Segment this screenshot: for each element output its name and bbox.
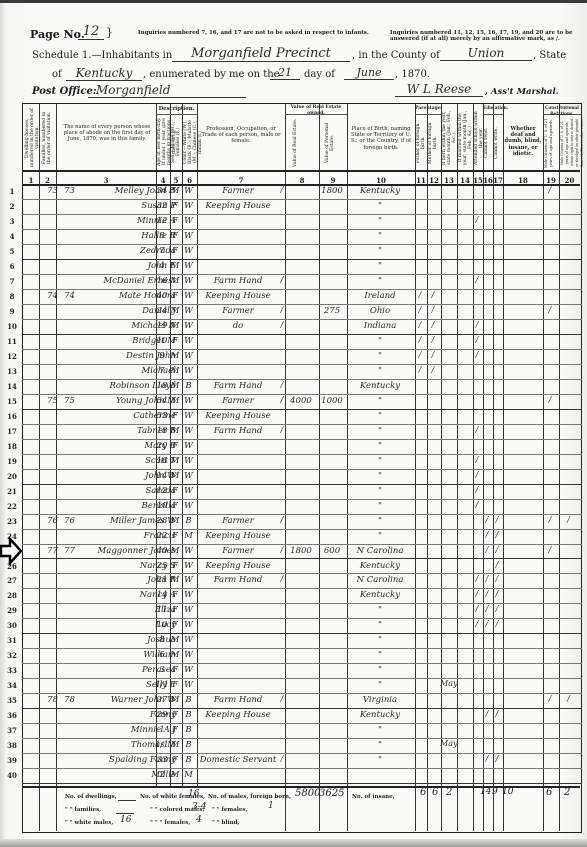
cell-m15: / — [472, 619, 482, 628]
cell-color: B — [181, 380, 196, 393]
table-row: 257777Maggonner James40MWFarmer/1800600N… — [0, 545, 587, 560]
cell-sex: M — [169, 425, 181, 438]
cell-color: W — [181, 305, 196, 318]
cell-birthplace: Ireland — [346, 290, 414, 303]
colored-males-value: 3-4 — [192, 802, 207, 812]
parentage-group-header: Parentage. — [415, 106, 441, 112]
cell-m16: / — [482, 709, 492, 718]
table-row: 5Zedrada7FW" — [0, 245, 587, 260]
line-number: 7 — [4, 277, 20, 286]
marshal-signature: W L Reese — [395, 82, 483, 97]
cell-age: 27 — [155, 694, 169, 707]
line-number: 8 — [4, 292, 20, 301]
cell-color: B — [181, 694, 196, 707]
cell-m11: / — [414, 290, 426, 299]
cell-occupation: Keeping House — [198, 560, 278, 573]
cell-sex: F — [169, 619, 181, 632]
line-number: 9 — [4, 307, 20, 316]
cell-m13: May — [440, 679, 456, 688]
cell-color: W — [181, 335, 196, 348]
line-number: 39 — [4, 756, 20, 765]
line-number: 27 — [4, 576, 20, 585]
table-row: 4Hallie R8FW" — [0, 230, 587, 245]
cell-m17: / — [492, 515, 502, 524]
cell-color: W — [181, 619, 196, 632]
cell-m16: / — [482, 545, 492, 554]
cell-birthplace: " — [346, 530, 414, 543]
cell-family: 77 — [61, 545, 78, 558]
enumeration-day: 21 — [270, 66, 300, 80]
col6-header: Color.—White (W.), Black (B.), Mulatto (… — [183, 116, 196, 168]
table-row: 19Scott T16MW"/ — [0, 455, 587, 470]
cell-occ-mark: / — [278, 380, 286, 389]
col14-header: If married within the year, state month … — [458, 108, 472, 168]
cell-sex: M — [169, 185, 181, 198]
schedule-label: Schedule 1.—Inhabitants in — [32, 50, 172, 61]
cell-age: 29 — [155, 709, 169, 722]
cell-color: W — [181, 604, 196, 617]
cell-color: B — [181, 709, 196, 722]
cell-m12: / — [426, 305, 440, 314]
line-number: 34 — [4, 681, 20, 690]
cell-age: 12 — [155, 485, 169, 498]
col3-header: The name of every person whose place of … — [61, 124, 153, 143]
cell-m19: / — [542, 185, 558, 194]
cell-birthplace: " — [346, 410, 414, 423]
line-number: 11 — [4, 337, 20, 346]
cell-age: 10 — [155, 500, 169, 513]
colnum-14: 14 — [457, 176, 473, 185]
line-number: 36 — [4, 711, 20, 720]
cell-age: 32 — [155, 200, 169, 213]
cell-sex: F — [169, 664, 181, 677]
table-row: 11Bridget M10FW"/// — [0, 335, 587, 350]
cell-sex: F — [169, 485, 181, 498]
blind-label: " " blind, — [212, 820, 239, 826]
dwellings-field — [118, 800, 136, 801]
table-row: 22Benzilla10FW"/ — [0, 500, 587, 515]
cell-sex: M — [169, 739, 181, 752]
state-label: , State — [533, 50, 566, 61]
cell-age: 1 — [155, 724, 169, 737]
cell-color: W — [181, 260, 196, 273]
cell-m15: / — [472, 320, 482, 329]
cell-m16: / — [482, 530, 492, 539]
table-row: 87474Mate Honora40FWKeeping HouseIreland… — [0, 290, 587, 305]
table-row: 27John R21MWFarm Hand/N Carolina/// — [0, 574, 587, 589]
cell-sex: M — [169, 380, 181, 393]
personal-estate-total: 3625 — [319, 788, 344, 799]
cell-sex: F — [169, 709, 181, 722]
col12-header: Mother of foreign birth. — [428, 118, 440, 168]
cell-m11: / — [414, 350, 426, 359]
cell-family: 76 — [61, 515, 78, 528]
cell-m17: / — [492, 574, 502, 583]
cell-color: W — [181, 410, 196, 423]
brace-mark: } — [106, 26, 113, 39]
colnum-15: 15 — [473, 176, 483, 185]
line-number: 29 — [4, 606, 20, 615]
cell-m15: / — [472, 485, 482, 494]
table-row: 17Tabner B18MWFarm Hand/"/ — [0, 425, 587, 440]
education-group-header: Education. — [483, 105, 503, 111]
cell-age: 3 — [155, 664, 169, 677]
cell-personal-estate: 1000 — [318, 395, 346, 408]
table-row: 28Nancy A14FWKentucky/// — [0, 589, 587, 604]
line-number: 16 — [4, 412, 20, 421]
line-number: 38 — [4, 741, 20, 750]
cell-sex: F — [169, 440, 181, 453]
colnum-8: 8 — [285, 176, 319, 185]
cell-birthplace: " — [346, 634, 414, 647]
cell-color: W — [181, 365, 196, 378]
cell-occ-mark: / — [278, 185, 286, 194]
col10-header: Place of Birth, naming State or Territor… — [349, 126, 413, 151]
col4-header: Age at last birth-day. If under 1 year, … — [157, 116, 169, 168]
cell-sex: F — [169, 410, 181, 423]
scan-bottom-edge — [0, 839, 587, 847]
cell-age: 28 — [155, 515, 169, 528]
table-row: 13Michael7MW"// — [0, 365, 587, 380]
cell-sex: M — [169, 320, 181, 333]
cell-sex: F — [169, 215, 181, 228]
enumerated-label: , enumerated by me on the — [143, 69, 280, 80]
colored-females-label: " " " females, — [150, 820, 190, 826]
cell-sex: M — [169, 275, 181, 288]
col19-header: Male Citizens of U. S. of 21 years of ag… — [544, 118, 558, 168]
total-col12: 6 — [432, 787, 438, 798]
cell-occupation: Farmer — [198, 185, 278, 198]
cell-age: 40 — [155, 545, 169, 558]
cell-m15: / — [472, 500, 482, 509]
col9-header: Value of Personal Estate. — [325, 118, 341, 168]
cell-age: 1/12 — [155, 679, 169, 692]
cell-color: W — [181, 485, 196, 498]
cell-m15: / — [472, 604, 482, 613]
table-row: 32William6MW" — [0, 649, 587, 664]
cell-sex: M — [169, 455, 181, 468]
total-col15: 14 — [480, 787, 491, 797]
line-number: 35 — [4, 696, 20, 705]
cell-occ-mark: / — [278, 754, 286, 763]
cell-birthplace: " — [346, 604, 414, 617]
cell-m19: / — [542, 305, 558, 314]
colnum-3: 3 — [56, 176, 156, 185]
white-males-value: 16 — [120, 815, 131, 825]
cell-color: W — [181, 560, 196, 573]
state-name: Kentucky — [66, 66, 142, 81]
insane-label: No. of insane, — [352, 794, 395, 800]
cell-sex: F — [169, 679, 181, 692]
cell-age: 24 — [155, 305, 169, 318]
cell-m15: / — [472, 425, 482, 434]
table-row: 7McDaniel Ernest16MWFarm Hand/"/ — [0, 275, 587, 290]
cell-color: W — [181, 230, 196, 243]
table-row: 14Robinson Lloyd18MBFarm Hand/Kentucky — [0, 380, 587, 395]
line-number: 17 — [4, 427, 20, 436]
value-group-header: Value of Real Estate owned. — [285, 105, 347, 117]
cell-m12: / — [426, 350, 440, 359]
cell-birthplace: " — [346, 215, 414, 228]
cell-birthplace: " — [346, 350, 414, 363]
colnum-6: 6 — [182, 176, 197, 185]
foreign-females-value: 1 — [268, 801, 274, 811]
cell-sex: F — [169, 530, 181, 543]
cell-m16: / — [482, 515, 492, 524]
cell-occ-mark: / — [278, 515, 286, 524]
cell-color: W — [181, 574, 196, 587]
table-row: 10Michael N19MWdo/Indiana/// — [0, 320, 587, 335]
cell-color: W — [181, 290, 196, 303]
row-rule — [22, 783, 582, 784]
real-estate-total: 5800 — [295, 788, 320, 799]
line-number: 13 — [4, 367, 20, 376]
cell-age: 7 — [155, 245, 169, 258]
table-row: 36Fanny29FBKeeping HouseKentucky// — [0, 709, 587, 724]
cell-color: W — [181, 320, 196, 333]
families-field — [116, 813, 134, 814]
cell-color: M — [181, 530, 196, 543]
table-row: 9Daniel J24MWFarmer/275Ohio/// — [0, 305, 587, 320]
line-number: 18 — [4, 442, 20, 451]
cell-birthplace: " — [346, 425, 414, 438]
cell-age: 4 — [155, 260, 169, 273]
cell-color: W — [181, 440, 196, 453]
table-row: 34Selly E1/12FW"May — [0, 679, 587, 694]
table-row: 30Lucy10FW"/// — [0, 619, 587, 634]
cell-m15: / — [472, 275, 482, 284]
col8-header: Value of Real Estate. — [293, 118, 311, 168]
line-number: 22 — [4, 502, 20, 511]
page-number-label: Page No. — [30, 28, 85, 41]
cell-color: W — [181, 649, 196, 662]
cell-dwelling: 75 — [44, 395, 61, 408]
cell-color: W — [181, 200, 196, 213]
cell-age: 14 — [155, 470, 169, 483]
census-page: Page No. 12 } Inquiries numbered 7, 16, … — [0, 0, 587, 847]
cell-family: 74 — [61, 290, 78, 303]
cell-occupation: Keeping House — [198, 530, 278, 543]
cell-age: 20 — [155, 440, 169, 453]
col17-header: Cannot write. — [494, 118, 502, 168]
cell-birthplace: " — [346, 679, 414, 692]
cell-occupation: Domestic Servant — [198, 754, 278, 767]
col20-header: Male Citizens of U. S. of 21 years of ag… — [560, 118, 578, 168]
cell-occ-mark: / — [278, 305, 286, 314]
cell-sex: M — [169, 649, 181, 662]
cell-age: 11 — [155, 604, 169, 617]
cell-m16: / — [482, 754, 492, 763]
cell-m15: / — [472, 215, 482, 224]
col15-header: Attended school within the year. — [474, 108, 482, 168]
cell-birthplace: " — [346, 619, 414, 632]
cell-m19: / — [542, 515, 558, 524]
cell-m15: / — [472, 574, 482, 583]
cell-color: B — [181, 739, 196, 752]
cell-m11: / — [414, 305, 426, 314]
cell-m12: / — [426, 335, 440, 344]
cell-personal-estate: 275 — [318, 305, 346, 318]
cell-age: 18 — [155, 380, 169, 393]
cell-sex: M — [169, 694, 181, 707]
cell-sex: F — [169, 245, 181, 258]
cell-birthplace: " — [346, 485, 414, 498]
cell-sex: F — [169, 604, 181, 617]
cell-age: 33 — [155, 754, 169, 767]
cell-m19: / — [542, 395, 558, 404]
line-number: 3 — [4, 217, 20, 226]
cell-occupation: Farmer — [198, 545, 278, 558]
cell-birthplace: " — [346, 245, 414, 258]
colnum-17: 17 — [493, 176, 503, 185]
cell-personal-estate: 600 — [318, 545, 346, 558]
cell-birthplace: " — [346, 275, 414, 288]
cell-color: M — [181, 769, 196, 782]
colnum-9: 9 — [319, 176, 347, 185]
col1-header: Dwelling-houses, numbered in the order o… — [25, 108, 37, 168]
line-number: 21 — [4, 487, 20, 496]
col2-header: Families, numbered in the order of visit… — [42, 108, 54, 168]
cell-age: 8 — [155, 634, 169, 647]
cell-dwelling: 77 — [44, 545, 61, 558]
cell-color: B — [181, 754, 196, 767]
cell-age: 14 — [155, 589, 169, 602]
cell-birthplace: Kentucky — [346, 709, 414, 722]
cell-m15: / — [472, 335, 482, 344]
cell-age: 9 — [155, 350, 169, 363]
cell-m12: / — [426, 320, 440, 329]
cell-occupation: Keeping House — [198, 200, 278, 213]
total-col16: 9 — [492, 787, 498, 797]
enumeration-year: , 1870. — [395, 69, 430, 80]
cell-sex: M — [169, 515, 181, 528]
cell-occupation: Keeping House — [198, 290, 278, 303]
cell-age: 53 — [155, 410, 169, 423]
cell-occ-mark: / — [278, 694, 286, 703]
cell-occ-mark: / — [278, 275, 286, 284]
line-number: 31 — [4, 636, 20, 645]
cell-age: 34 — [155, 185, 169, 198]
cell-age: 19 — [155, 320, 169, 333]
cell-birthplace: " — [346, 230, 414, 243]
col5-header: Sex.—Males (M.), Females (F.) — [171, 116, 181, 168]
enumeration-month: June — [344, 66, 394, 80]
colnum-19: 19 — [543, 176, 559, 185]
cell-birthplace: " — [346, 754, 414, 767]
table-row: 12Destin John9MW"/// — [0, 350, 587, 365]
cell-color: W — [181, 350, 196, 363]
cell-family: 78 — [61, 694, 78, 707]
cell-m15: / — [472, 455, 482, 464]
cell-occupation: Farm Hand — [198, 275, 278, 288]
cell-sex: F — [169, 589, 181, 602]
cell-birthplace: Indiana — [346, 320, 414, 333]
col18-header: Whether deaf and dumb, blind, insane, or… — [504, 126, 542, 157]
cell-sex: F — [169, 290, 181, 303]
cell-m11: / — [414, 320, 426, 329]
cell-color: B — [181, 515, 196, 528]
line-number: 1 — [4, 187, 20, 196]
cell-birthplace: " — [346, 455, 414, 468]
total-col11: 6 — [420, 787, 426, 798]
cell-dwelling: 73 — [44, 185, 61, 198]
colnum-2: 2 — [39, 176, 56, 185]
cell-m19: / — [542, 694, 558, 703]
pointer-arrow-icon — [0, 536, 22, 566]
cell-m17: / — [492, 604, 502, 613]
page-number: 12 — [78, 24, 104, 40]
table-row: 26Nancy S25FWKeeping HouseKentucky/ — [0, 560, 587, 575]
cell-birthplace: N Carolina — [346, 545, 414, 558]
line-number: 5 — [4, 247, 20, 256]
cell-m11: / — [414, 365, 426, 374]
cell-birthplace: " — [346, 335, 414, 348]
cell-sex: F — [169, 754, 181, 767]
colnum-1: 1 — [23, 176, 39, 185]
colnum-7: 7 — [197, 176, 285, 185]
colnum-11: 11 — [415, 176, 427, 185]
table-row: 37Minnie A J1FB" — [0, 724, 587, 739]
cell-birthplace: " — [346, 500, 414, 513]
cell-birthplace: N Carolina — [346, 574, 414, 587]
cell-m15: / — [472, 589, 482, 598]
cell-dwelling: 76 — [44, 515, 61, 528]
table-row: 38Thomas M1/12MB"May — [0, 739, 587, 754]
cell-sex: F — [169, 500, 181, 513]
colnum-18: 18 — [503, 176, 543, 185]
line-number: 33 — [4, 666, 20, 675]
table-row: 157575Young John M54MWFarmer/40001000"/ — [0, 395, 587, 410]
colnum-5: 5 — [170, 176, 182, 185]
cell-age: 10 — [155, 335, 169, 348]
cell-color: W — [181, 275, 196, 288]
cell-color: B — [181, 724, 196, 737]
cell-occupation: Keeping House — [198, 709, 278, 722]
constitutional-group-header: Constitutional Relations. — [543, 105, 581, 117]
scan-top-edge — [0, 0, 587, 3]
table-row: 33Perasea3FW" — [0, 664, 587, 679]
cell-birthplace: " — [346, 649, 414, 662]
cell-birthplace: " — [346, 515, 414, 528]
cell-m19: / — [542, 545, 558, 554]
cell-sex: M — [169, 545, 181, 558]
cell-m17: / — [492, 530, 502, 539]
line-number: 30 — [4, 621, 20, 630]
cell-age: 54 — [155, 395, 169, 408]
cell-occupation: Farmer — [198, 305, 278, 318]
table-row: 237676Miller James W28MBFarmer/"//// — [0, 515, 587, 530]
line-number: 14 — [4, 382, 20, 391]
table-row: 29Eliza11FW"/// — [0, 604, 587, 619]
cell-birthplace: Kentucky — [346, 380, 414, 393]
table-row: 3Minnie A12FW"/ — [0, 215, 587, 230]
cell-sex: F — [169, 230, 181, 243]
colnum-13: 13 — [441, 176, 457, 185]
cell-color: W — [181, 679, 196, 692]
line-number: 2 — [4, 202, 20, 211]
cell-birthplace: " — [346, 739, 414, 752]
line-number: 28 — [4, 591, 20, 600]
cell-sex: M — [169, 769, 181, 782]
table-row: 18Mary B20FW" — [0, 440, 587, 455]
cell-sex: M — [169, 574, 181, 587]
table-row: 6John E4MW" — [0, 260, 587, 275]
total-col20: 2 — [564, 787, 570, 798]
cell-m12: / — [426, 365, 440, 374]
cell-age: 2 — [155, 769, 169, 782]
table-row: 16Catherine53FWKeeping House" — [0, 410, 587, 425]
colored-females-value: 4 — [196, 815, 202, 825]
